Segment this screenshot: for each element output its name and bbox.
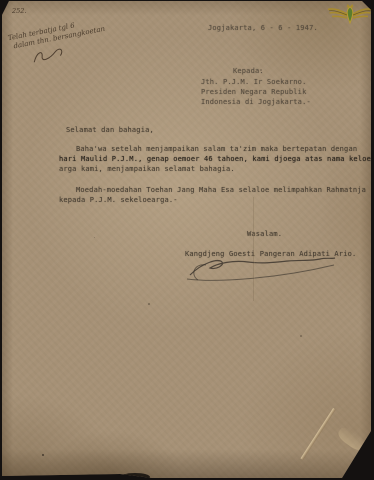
ink-speck (148, 303, 150, 305)
signature-flourish-icon (184, 253, 342, 287)
body-paragraph2-line1: Moedah-moedahan Toehan Jang Maha Esa sel… (76, 186, 366, 194)
body-paragraph1-line2: hari Maulid P.J.M., genap oemoer 46 taho… (59, 155, 374, 163)
ink-speck (42, 454, 44, 456)
recipient-heading: Kepada. (233, 67, 264, 75)
pakualaman-crest-icon (327, 2, 373, 28)
dateline: Jogjakarta, 6 - 6 - 1947. (208, 24, 318, 32)
ink-speck (94, 237, 95, 238)
green-shield-icon (347, 7, 353, 23)
paper-sheet: 252. Telah terbatja tgl 6 dalam thn. ber… (2, 1, 371, 478)
ink-speck (300, 335, 302, 337)
body-paragraph1-line3: arga kami, menjampaikan selamat bahagia. (59, 165, 235, 173)
torn-corner-edge (300, 408, 335, 460)
bottom-edge-notch (120, 473, 150, 480)
registry-number: 252. (12, 7, 26, 15)
recipient-location-line: Indonesia di Jogjakarta.- (201, 98, 311, 106)
ink-speck (260, 69, 262, 71)
scanned-letter-page: 252. Telah terbatja tgl 6 dalam thn. ber… (0, 0, 374, 480)
salutation: Selamat dan bahagia, (66, 126, 154, 134)
body-paragraph1-line1: Baha'wa setelah menjampaikan salam ta'zi… (76, 145, 357, 153)
body-paragraph2-line2: kepada P.J.M. sekeloearga.- (59, 196, 178, 204)
fold-crease (253, 197, 255, 301)
torn-corner-chip (336, 425, 369, 454)
recipient-title-line: Presiden Negara Republik (201, 88, 306, 96)
recipient-name: Jth. P.J.M. Ir Soekarno. (201, 78, 306, 86)
